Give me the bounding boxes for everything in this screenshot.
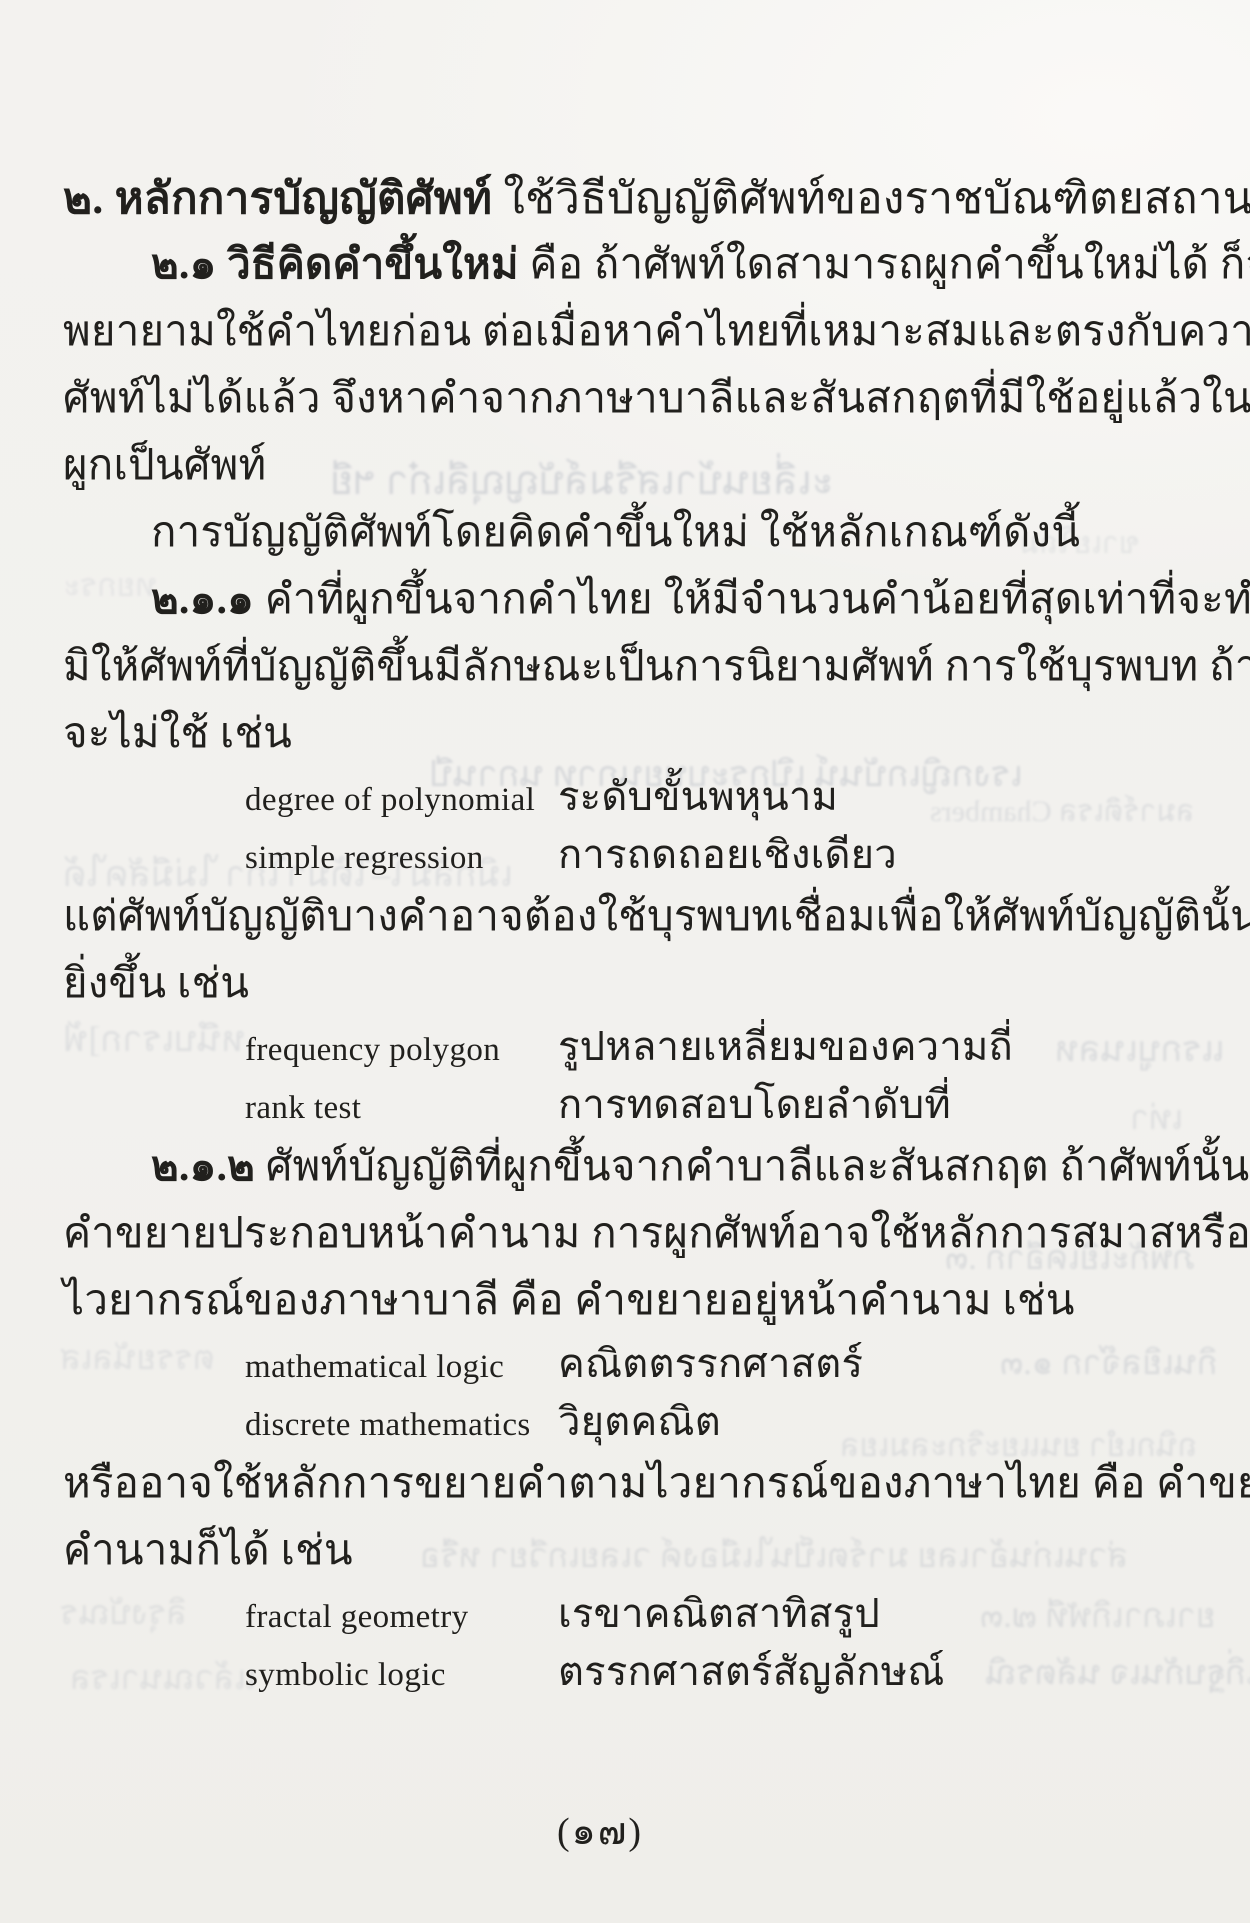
- glossary-row: rank testการทดสอบโดยลำดับที่: [63, 1076, 1250, 1134]
- text-line: ศัพท์ไม่ได้แล้ว จึงหาคำจากภาษาบาลีและสัน…: [63, 366, 1250, 433]
- line-text: ไวยากรณ์ของภาษาบาลี คือ คำขยายอยู่หน้าคำ…: [63, 1278, 1075, 1324]
- line-text: พยายามใช้คำไทยก่อน ต่อเมื่อหาคำไทยที่เหม…: [63, 309, 1250, 355]
- glossary-row: symbolic logicตรรกศาสตร์สัญลักษณ์: [63, 1643, 1250, 1701]
- glossary-term-th: วิยุตคณิต: [558, 1399, 721, 1444]
- text-line: ยิ่งขึ้น เช่น: [63, 951, 1250, 1018]
- text-line: การบัญญัติศัพท์โดยคิดคำขึ้นใหม่ ใช้หลักเ…: [63, 500, 1250, 567]
- text-line: ไวยากรณ์ของภาษาบาลี คือ คำขยายอยู่หน้าคำ…: [63, 1268, 1250, 1335]
- glossary-term-en: mathematical logic: [245, 1338, 558, 1396]
- line-text: จะไม่ใช้ เช่น: [63, 711, 292, 757]
- glossary-term-en: frequency polygon: [245, 1021, 558, 1079]
- subsection-label: ๒.๑ วิธีคิดคำขึ้นใหม่: [151, 242, 519, 288]
- glossary-term-en: discrete mathematics: [245, 1396, 558, 1454]
- glossary-term-th: การถดถอยเชิงเดียว: [558, 832, 897, 877]
- glossary-term-th: ตรรกศาสตร์สัญลักษณ์: [558, 1649, 945, 1694]
- glossary-term-en: simple regression: [245, 829, 558, 887]
- glossary-term-th: รูปหลายเหลี่ยมของความถี่: [558, 1024, 1013, 1069]
- line-text: ศัพท์บัญญัติที่ผูกขึ้นจากคำบาลีและสันสกฤ…: [255, 1144, 1250, 1190]
- text-line: พยายามใช้คำไทยก่อน ต่อเมื่อหาคำไทยที่เหม…: [63, 299, 1250, 366]
- line-text: ผูกเป็นศัพท์: [63, 443, 266, 489]
- line-text: หรืออาจใช้หลักการขยายคำตามไวยากรณ์ของภาษ…: [63, 1461, 1250, 1507]
- section-heading: ๒. หลักการบัญญัติศัพท์ ใช้วิธีบัญญัติศัพ…: [63, 165, 1250, 232]
- glossary-row: frequency polygonรูปหลายเหลี่ยมของความถี…: [63, 1018, 1250, 1076]
- text-line: ๒.๑.๒ ศัพท์บัญญัติที่ผูกขึ้นจากคำบาลีและ…: [63, 1134, 1250, 1201]
- line-text: ยิ่งขึ้น เช่น: [63, 961, 249, 1007]
- glossary-term-en: degree of polynomial: [245, 771, 558, 829]
- text-line: ๒.๑.๑ คำที่ผูกขึ้นจากคำไทย ให้มีจำนวนคำน…: [63, 567, 1250, 634]
- text-line: มิให้ศัพท์ที่บัญญัติขึ้นมีลักษณะเป็นการน…: [63, 634, 1250, 701]
- glossary-row: simple regressionการถดถอยเชิงเดียว: [63, 826, 1250, 884]
- text-line: คำขยายประกอบหน้าคำนาม การผูกศัพท์อาจใช้ห…: [63, 1201, 1250, 1268]
- line-text: ศัพท์ไม่ได้แล้ว จึงหาคำจากภาษาบาลีและสัน…: [63, 376, 1250, 422]
- glossary-row: mathematical logicคณิตตรรกศาสตร์: [63, 1335, 1250, 1393]
- line-text: คำที่ผูกขึ้นจากคำไทย ให้มีจำนวนคำน้อยที่…: [254, 577, 1250, 623]
- glossary-row: fractal geometryเรขาคณิตสาทิสรูป: [63, 1585, 1250, 1643]
- scanned-page: ะเลี่ยนบ้าเสรีมล์บัญญุลีเก๋า ฯยีขาเยโถมท…: [0, 0, 1250, 1923]
- text-line: แต่ศัพท์บัญญัติบางคำอาจต้องใช้บุรพบทเชื่…: [63, 884, 1250, 951]
- section-heading-rest: ใช้วิธีบัญญัติศัพท์ของราชบัณฑิตยสถาน ดัง…: [492, 174, 1250, 223]
- text-line: จะไม่ใช้ เช่น: [63, 701, 1250, 768]
- glossary-term-en: rank test: [245, 1079, 558, 1137]
- glossary-row: discrete mathematicsวิยุตคณิต: [63, 1393, 1250, 1451]
- text-line: หรืออาจใช้หลักการขยายคำตามไวยากรณ์ของภาษ…: [63, 1451, 1250, 1518]
- glossary-term-th: ระดับขั้นพหุนาม: [558, 774, 838, 819]
- glossary-term-th: คณิตตรรกศาสตร์: [558, 1341, 863, 1386]
- text-line: คำนามก็ได้ เช่น: [63, 1518, 1250, 1585]
- text-block: ๒. หลักการบัญญัติศัพท์ ใช้วิธีบัญญัติศัพ…: [63, 165, 1250, 1701]
- line-text: คำนามก็ได้ เช่น: [63, 1528, 353, 1574]
- line-text: คำขยายประกอบหน้าคำนาม การผูกศัพท์อาจใช้ห…: [63, 1211, 1250, 1257]
- subsection-label: ๒.๑.๒: [151, 1144, 255, 1190]
- glossary-row: degree of polynomialระดับขั้นพหุนาม: [63, 768, 1250, 826]
- text-line: ๒.๑ วิธีคิดคำขึ้นใหม่ คือ ถ้าศัพท์ใดสามา…: [63, 232, 1250, 299]
- subsection-label: ๒.๑.๑: [151, 577, 254, 623]
- page-number: (๑๗): [0, 1800, 1200, 1861]
- line-text: คือ ถ้าศัพท์ใดสามารถผูกคำขึ้นใหม่ได้ ก็จ…: [519, 242, 1250, 288]
- glossary-term-th: การทดสอบโดยลำดับที่: [558, 1082, 951, 1127]
- text-line: ผูกเป็นศัพท์: [63, 433, 1250, 500]
- line-text: มิให้ศัพท์ที่บัญญัติขึ้นมีลักษณะเป็นการน…: [63, 644, 1250, 690]
- glossary-term-th: เรขาคณิตสาทิสรูป: [558, 1591, 880, 1636]
- glossary-term-en: fractal geometry: [245, 1588, 558, 1646]
- line-text: การบัญญัติศัพท์โดยคิดคำขึ้นใหม่ ใช้หลักเ…: [151, 510, 1080, 556]
- line-text: แต่ศัพท์บัญญัติบางคำอาจต้องใช้บุรพบทเชื่…: [63, 894, 1250, 940]
- glossary-term-en: symbolic logic: [245, 1646, 558, 1704]
- section-heading-number: ๒. หลักการบัญญัติศัพท์: [63, 174, 492, 223]
